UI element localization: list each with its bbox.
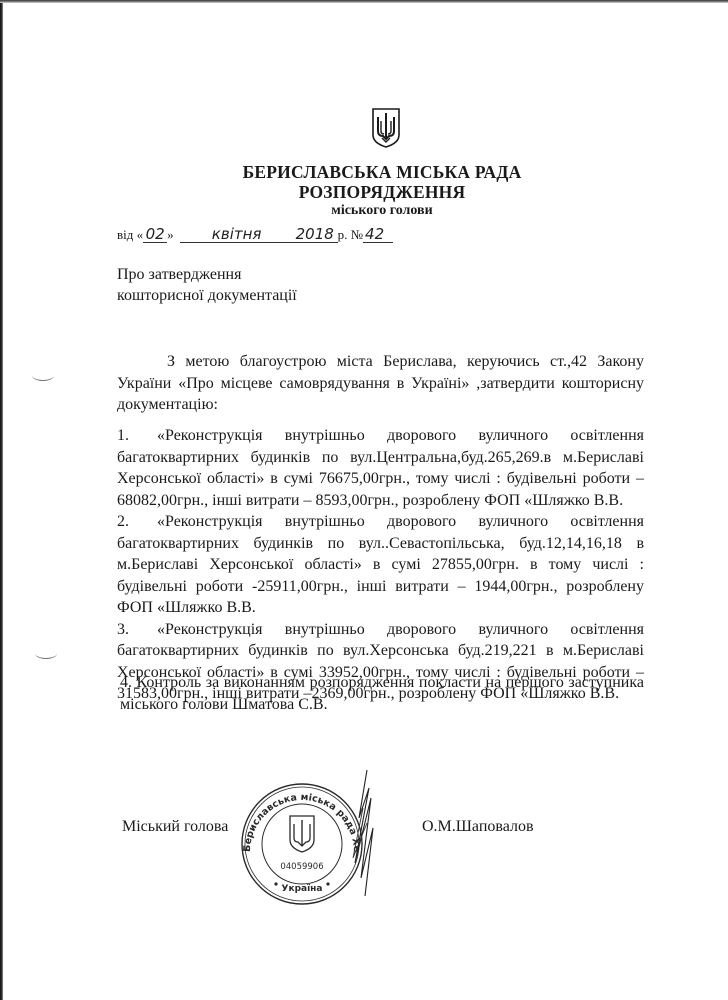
date-day-close: »	[167, 227, 174, 242]
date-prefix: від «	[117, 227, 143, 242]
item-number: 2.	[117, 511, 157, 533]
subject-line: Про затвердження	[117, 264, 297, 285]
item-number: 1.	[117, 425, 157, 447]
handwritten-signature	[345, 768, 375, 898]
item-text: «Реконструкція внутрішньо дворового вули…	[117, 513, 644, 616]
trident-emblem-icon	[371, 107, 401, 149]
scan-edge-left	[0, 0, 3, 1000]
seal-trident-icon	[290, 816, 314, 852]
approved-items-list: 1.«Реконструкція внутрішньо дворового ву…	[117, 425, 644, 705]
year-suffix: р.	[338, 227, 348, 242]
date-line: від «02»квітня2018р. №42	[117, 227, 393, 243]
control-clause: 4. Контроль за виконанням розпорядження …	[120, 672, 644, 715]
document-type: РОЗПОРЯДЖЕННЯ	[18, 182, 728, 203]
handwritten-number: 42	[363, 227, 393, 243]
subject-line: кошторисної документації	[117, 285, 297, 306]
signatory-name: О.М.Шаповалов	[422, 818, 534, 836]
scan-edge-top	[0, 0, 728, 3]
document-subject: Про затвердження кошторисної документаці…	[117, 264, 297, 306]
handwritten-year: 2018	[294, 227, 338, 243]
number-label: №	[351, 227, 363, 242]
preamble-paragraph: З метою благоустрою міста Берислава, кер…	[117, 351, 644, 416]
seal-country: Україна	[282, 884, 323, 894]
organization-title: БЕРИСЛАВСЬКА МІСЬКА РАДА	[18, 162, 728, 183]
item-number: 3.	[117, 619, 157, 641]
signatory-title: Міський голова	[122, 818, 228, 836]
issuer-subtitle: міського голови	[18, 203, 728, 219]
handwritten-day: 02	[143, 227, 167, 243]
punch-hole-mark	[32, 370, 54, 381]
item-text: «Реконструкція внутрішньо дворового вули…	[117, 427, 644, 509]
list-item: 2.«Реконструкція внутрішньо дворового ву…	[117, 511, 644, 619]
handwritten-month: квітня	[180, 227, 294, 243]
list-item: 1.«Реконструкція внутрішньо дворового ву…	[117, 425, 644, 511]
punch-hole-mark	[35, 648, 57, 659]
seal-code: 04059906	[280, 862, 323, 872]
